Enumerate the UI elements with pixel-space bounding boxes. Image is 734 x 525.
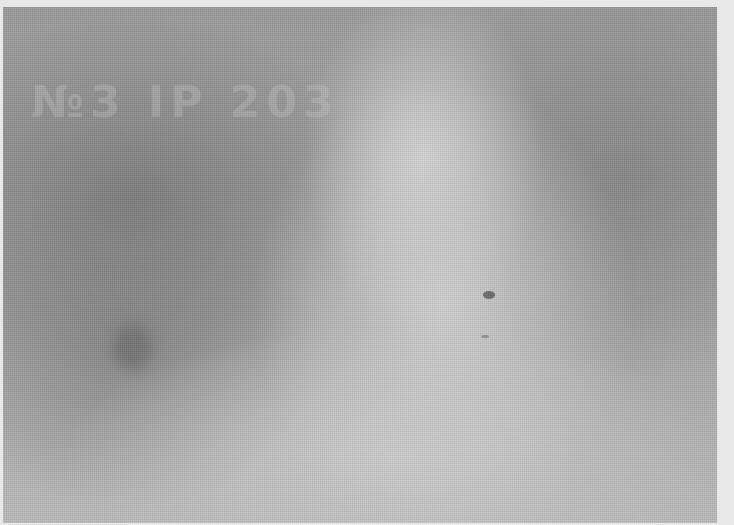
marker-text: №3 IP 203 (31, 77, 340, 128)
image-frame: №3 IP 203 (0, 0, 734, 525)
small-fleck (481, 335, 489, 338)
dark-shadow (113, 325, 153, 371)
dark-spot (483, 291, 495, 299)
radiograph-image: №3 IP 203 (3, 7, 717, 523)
